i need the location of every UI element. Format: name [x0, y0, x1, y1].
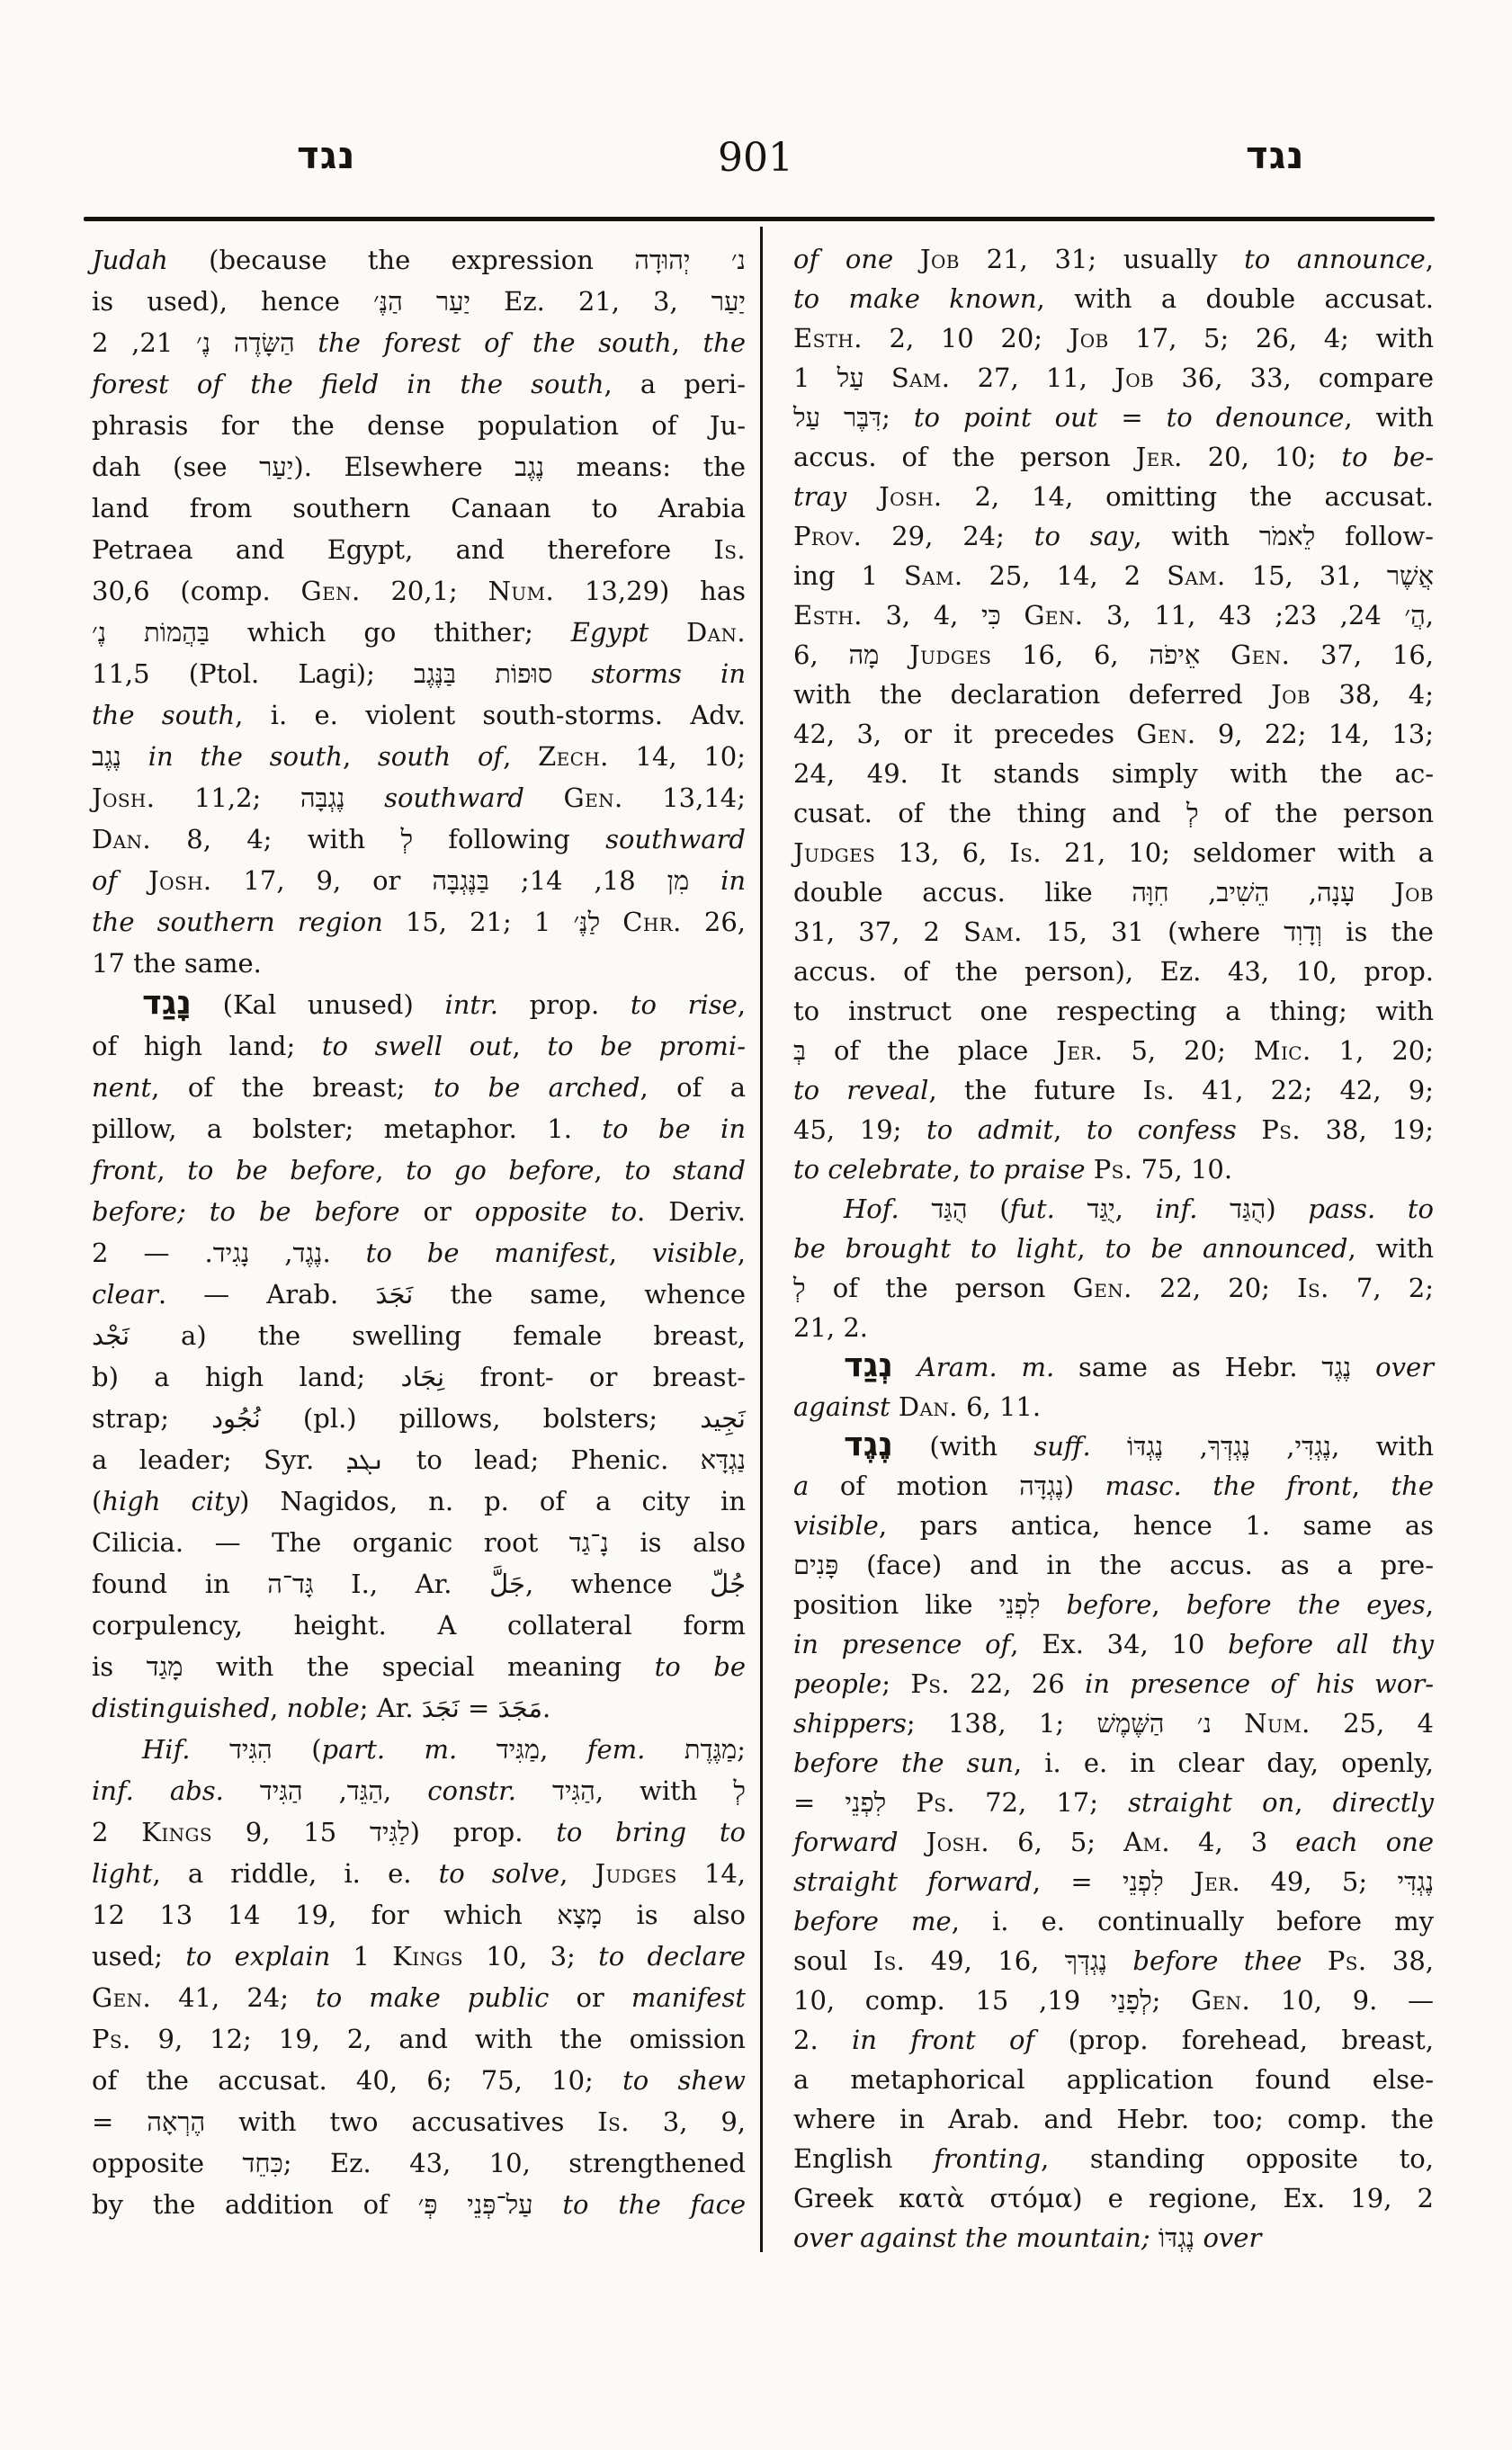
text-line: to instruct one respecting a thing; with — [793, 991, 1434, 1031]
text-line: the south, i. e. violent south-storms. A… — [92, 694, 746, 736]
text-line: pillow, a bolster; metaphor. 1. to be in — [92, 1108, 746, 1149]
text-line: of Josh. 17, 9, or מִן 18, 14; בַּנֶּגְב… — [92, 860, 746, 901]
text-line: front, to be before, to go before, to st… — [92, 1149, 746, 1191]
text-line: position like לִפְנֵי before, before the… — [793, 1585, 1434, 1624]
column-left: Judah (because the expression נ׳ יְהוּדָ… — [92, 239, 746, 2225]
text-line: over against the mountain; נֶגְדּוֹ over — [793, 2218, 1434, 2258]
text-line: phrasis for the dense population of Ju- — [92, 405, 746, 446]
text-line: Gen. 41, 24; to make public or manifest — [92, 1977, 746, 2018]
text-line: be brought to light, to be announced, wi… — [793, 1229, 1434, 1268]
text-line: of high land; to swell out, to be promi- — [92, 1025, 746, 1067]
text-line: 12 13 14 19, for which מָצָא is also — [92, 1894, 746, 1936]
text-line: in presence of, Ex. 34, 10 before all th… — [793, 1624, 1434, 1664]
text-line: 24, 49. It stands simply with the ac- — [793, 754, 1434, 793]
text-line: b) a high land; نِجَاد front- or breast- — [92, 1356, 746, 1398]
page-number: 901 — [693, 135, 819, 181]
column-right: of one Job 21, 31; usually to announce,t… — [793, 239, 1434, 2258]
text-line: Cilicia. — The organic root נָ־גַד is al… — [92, 1522, 746, 1563]
text-line: is מָגַד with the special meaning to be — [92, 1646, 746, 1687]
text-line: נָגַד (Kal unused) intr. prop. to rise, — [92, 984, 746, 1025]
text-line: Ps. 9, 12; 19, 2, and with the omission — [92, 2018, 746, 2060]
text-line: בְּ of the place Jer. 5, 20; Mic. 1, 20; — [793, 1031, 1434, 1070]
text-line: nent, of the breast; to be arched, of a — [92, 1067, 746, 1108]
text-line: 10, comp. לְפָנַי 19, 15; Gen. 10, 9. — — [793, 1981, 1434, 2020]
text-line: = הֶרְאָה with two accusatives Is. 3, 9, — [92, 2101, 746, 2142]
column-divider-rule — [760, 227, 763, 2252]
text-line: Judah (because the expression נ׳ יְהוּדָ… — [92, 239, 746, 281]
running-head-right-hebrew: נגד — [1246, 133, 1305, 177]
text-line: dah (see יַעַר). Elsewhere נֶגֶב means: … — [92, 446, 746, 487]
text-line: cusat. of the thing and לְ of the person — [793, 793, 1434, 833]
header-rule — [84, 217, 1435, 221]
text-line: visible, pars antica, hence 1. same as — [793, 1506, 1434, 1545]
text-line: דִּבֶּר עַל; to point out = to denounce,… — [793, 398, 1434, 437]
text-line: before me, i. e. continually before my — [793, 1901, 1434, 1941]
text-line: עַל 1 Sam. 27, 11, Job 36, 33, compare — [793, 358, 1434, 398]
text-line: Dan. 8, 4; with לְ following southward — [92, 818, 746, 860]
text-line: forward Josh. 6, 5; Am. 4, 3 each one — [793, 1822, 1434, 1862]
text-line: 2 Kings 9, 15 לַגִּיד) prop. to bring to — [92, 1811, 746, 1853]
text-line: of one Job 21, 31; usually to announce, — [793, 239, 1434, 279]
text-line: Prov. 29, 24; to say, with לֵאמֹר follow… — [793, 516, 1434, 556]
text-line: light, a riddle, i. e. to solve, Judges … — [92, 1853, 746, 1894]
text-line: before; to be before or opposite to. Der… — [92, 1191, 746, 1232]
text-line: לְ of the person Gen. 22, 20; Is. 7, 2; — [793, 1268, 1434, 1308]
text-line: Judges 13, 6, Is. 21, 10; seldomer with … — [793, 833, 1434, 872]
text-line: inf. abs. הַגֵּד, הַגִּיד, constr. הַגִּ… — [92, 1770, 746, 1811]
text-line: נֶגֶב in the south, south of, Zech. 14, … — [92, 736, 746, 777]
text-line: double accus. like עָנָה, הֵשִׁיב, חִוָּ… — [793, 872, 1434, 912]
text-line: with the declaration deferred Job 38, 4; — [793, 675, 1434, 714]
text-line: corpulency, height. A collateral form — [92, 1605, 746, 1646]
text-line: = לִפְנֵי Ps. 72, 17; straight on, direc… — [793, 1783, 1434, 1822]
text-line: 30,6 (comp. Gen. 20,1; Num. 13,29) has — [92, 570, 746, 612]
text-line: Josh. 11,2; נֶגְבָּה southward Gen. 13,1… — [92, 777, 746, 818]
text-line: accus. of the person), Ez. 43, 10, prop. — [793, 952, 1434, 991]
scanned-lexicon-page: נגד 901 נגד Judah (because the expressio… — [0, 0, 1512, 2450]
text-line: opposite כִּחֵד; Ez. 43, 10, strengthene… — [92, 2142, 746, 2184]
text-line: הַשָּׂדֶה נֶ׳ 21, 2 the forest of the so… — [92, 322, 746, 363]
text-line: 11,5 (Ptol. Lagi); סוּפוֹת בַּנֶּגֶב sto… — [92, 653, 746, 694]
text-line: against Dan. 6, 11. — [793, 1387, 1434, 1426]
text-line: accus. of the person Jer. 20, 10; to be- — [793, 437, 1434, 477]
text-line: a metaphorical application found else- — [793, 2060, 1434, 2099]
text-line: used; to explain 1 Kings 10, 3; to decla… — [92, 1936, 746, 1977]
text-line: בַּהֲמוֹת נֶ׳ which go thither; Egypt Da… — [92, 612, 746, 653]
text-line: 6, מָה Judges 16, 6, אֵיפֹה Gen. 37, 16, — [793, 635, 1434, 675]
text-line: before the sun, i. e. in clear day, open… — [793, 1743, 1434, 1783]
text-line: 42, 3, or it precedes Gen. 9, 22; 14, 13… — [793, 714, 1434, 754]
text-line: 45, 19; to admit, to confess Ps. 38, 19; — [793, 1110, 1434, 1149]
text-line: soul Is. 49, 16, נֶגְדְּךָ before thee P… — [793, 1941, 1434, 1981]
running-head-left-hebrew: נגד — [297, 133, 356, 177]
text-line: shippers; 138, 1; נ׳ הַשֶּׁמֶשׁ Num. 25,… — [793, 1703, 1434, 1743]
text-line: a leader; Syr. ܢܓܕ to lead; Phenic. נַגְ… — [92, 1439, 746, 1480]
text-line: is used), hence יַעַר הַנֶּ׳ Ez. 21, 3, … — [92, 281, 746, 322]
text-line: נֶגֶד (with suff. נֶגְדִּי, נֶגְדְּךָ, נ… — [793, 1426, 1434, 1466]
text-line: where in Arab. and Hebr. too; comp. the — [793, 2099, 1434, 2139]
text-line: forest of the field in the south, a peri… — [92, 363, 746, 405]
text-line: tray Josh. 2, 14, omitting the accusat. — [793, 477, 1434, 516]
text-line: 31, 37, 2 Sam. 15, 31 (where וְדָוִד is … — [793, 912, 1434, 952]
text-line: the southern region 15, 21; לַנֶּ׳ 1 Chr… — [92, 901, 746, 943]
text-line: to celebrate, to praise Ps. 75, 10. — [793, 1149, 1434, 1189]
text-line: a of motion נֶגְדָּה) masc. the front, t… — [793, 1466, 1434, 1506]
text-line: نَجْد a) the swelling female breast, — [92, 1315, 746, 1356]
text-line: Hof. הֻגַּד (fut. יֻגַּד, inf. הֻגַּד) p… — [793, 1189, 1434, 1229]
text-line: distinguished, noble; Ar. مَجَدَ = نَجَد… — [92, 1687, 746, 1729]
text-line: found in גָּד־ה I., Ar. جَلَّ, whence جُ… — [92, 1563, 746, 1605]
text-line: people; Ps. 22, 26 in presence of his wo… — [793, 1664, 1434, 1703]
text-line: Greek κατὰ στόμα) e regione, Ex. 19, 2 — [793, 2178, 1434, 2218]
text-line: land from southern Canaan to Arabia — [92, 487, 746, 529]
text-line: Hif. הִגִּיד (part. m. מַגִּיד, fem. מַג… — [92, 1729, 746, 1770]
text-line: to reveal, the future Is. 41, 22; 42, 9; — [793, 1070, 1434, 1110]
text-line: 21, 2. — [793, 1308, 1434, 1347]
text-line: נְגַד Aram. m. same as Hebr. נֶגֶד over — [793, 1347, 1434, 1387]
text-line: 17 the same. — [92, 943, 746, 984]
text-line: English fronting, standing opposite to, — [793, 2139, 1434, 2178]
text-line: straight forward, = לִפְנֵי Jer. 49, 5; … — [793, 1862, 1434, 1901]
text-line: (high city) Nagidos, n. p. of a city in — [92, 1480, 746, 1522]
text-line: פָּנִים (face) and in the accus. as a pr… — [793, 1545, 1434, 1585]
text-line: ing 1 Sam. 25, 14, 2 Sam. 15, 31, אֲשֶׁר — [793, 556, 1434, 595]
text-line: נֶגֶד, נָגִיד. — 2. to be manifest, visi… — [92, 1232, 746, 1274]
text-line: Esth. 2, 10 20; Job 17, 5; 26, 4; with — [793, 318, 1434, 358]
text-line: Petraea and Egypt, and therefore Is. — [92, 529, 746, 570]
text-line: Esth. 3, 4, כִּי Gen. 3, 11, הֲ׳ 24, 23;… — [793, 595, 1434, 635]
text-line: 2. in front of (prop. forehead, breast, — [793, 2020, 1434, 2060]
text-line: by the addition of עַל־פְּנֵי פְּ׳ to th… — [92, 2184, 746, 2225]
text-line: of the accusat. 40, 6; 75, 10; to shew — [92, 2060, 746, 2101]
text-line: to make known, with a double accusat. — [793, 279, 1434, 318]
text-line: clear. — Arab. نَجَدَ the same, whence — [92, 1274, 746, 1315]
text-line: strap; نُجُود (pl.) pillows, bolsters; ن… — [92, 1398, 746, 1439]
